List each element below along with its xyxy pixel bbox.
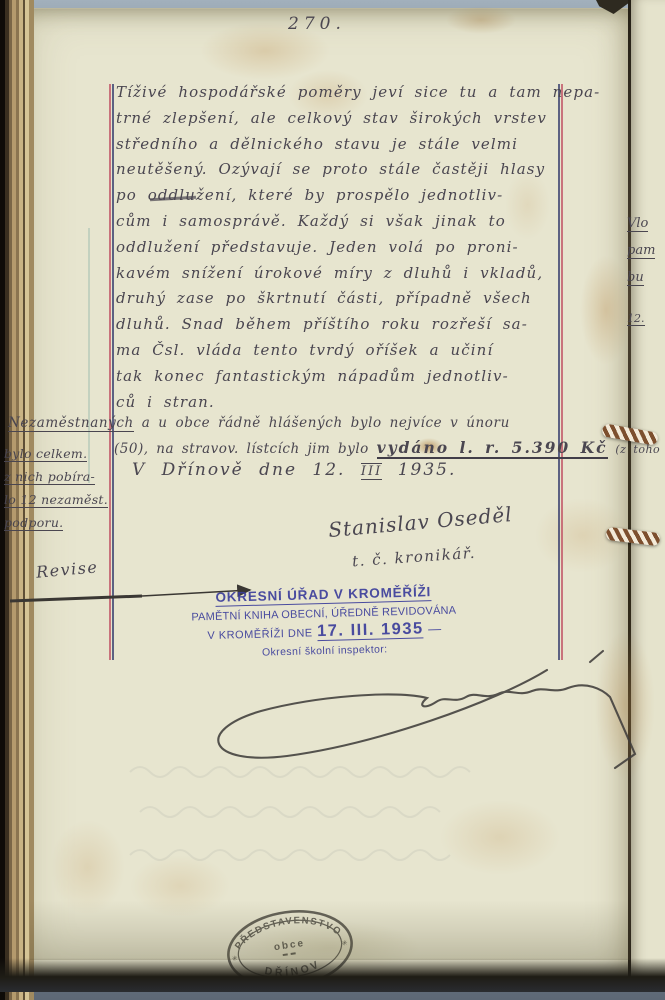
left-margin-note: bylo celkem. z nich pobíra- lo 12 nezamě… (4, 442, 114, 534)
text-line: cům i samosprávě. Každý si však jinak to (116, 209, 566, 235)
text-line: středního a dělnického stavu je stále ve… (116, 132, 566, 158)
text-fragment: (z toho stát. přísp.) (615, 443, 665, 456)
unemployment-line-2: (50), na stravov. lístcích jim bylo vydá… (114, 438, 665, 457)
chronicle-text: Tíživé hospodářské poměry jeví sice tu a… (116, 80, 566, 415)
text-line: kavém snížení úrokové míry z dluhů i vkl… (116, 261, 566, 287)
stamp-dash: — (428, 621, 441, 636)
text-line: trné zlepšení, ale celkový stav širokých… (116, 106, 566, 132)
dateline: V Dřínově dne 12. III 1935. (132, 460, 456, 480)
fragment-line: 12. (627, 305, 665, 332)
text-line: druhý zase po škrtnutí části, případně v… (116, 286, 566, 312)
date-text: V Dřínově dne 12. (132, 460, 345, 480)
text-line: Tíživé hospodářské poměry jeví sice tu a… (116, 80, 566, 106)
stamp-date: 17. III. 1935 (317, 619, 424, 641)
text-line: dluhů. Snad během příštího roku rozřeší … (116, 312, 566, 338)
margin-note-line: bylo celkem. (4, 442, 114, 465)
page-curl-shadow (30, 900, 630, 960)
margin-rule-left-red (109, 84, 111, 660)
fragment-line: pam (627, 237, 665, 264)
margin-note-line: lo 12 nezaměst. (4, 488, 114, 511)
bottom-shadow (0, 958, 665, 992)
unemployment-line-1: Nezaměstnaných a u obce řádně hlášených … (8, 415, 510, 431)
fragment-line: Vlo (627, 210, 665, 237)
text-line: ma Čsl. vláda tento tvrdý oříšek a učiní (116, 338, 566, 364)
text-fragment: (50), na stravov. lístcích jim bylo (114, 441, 377, 457)
page-number: 270. (288, 14, 346, 34)
show-through-writing (130, 760, 550, 910)
adjacent-page-text-fragments: Vlo pam bu 12. (627, 210, 665, 332)
text-line: oddlužení představuje. Jeden volá po pro… (116, 235, 566, 261)
stamp-office-name: OKRESNÍ ÚŘAD V KROMĚŘÍŽI (215, 584, 431, 607)
text-line: neutěšený. Ozývají se proto stále častěj… (116, 157, 566, 183)
stamp-place-label: V KROMĚŘÍŽI DNE (207, 627, 313, 642)
text-fragment: a u obce řádně hlášených bylo nejvíce v … (142, 415, 510, 431)
text-line: tak konec fantastickým nápadům jednotliv… (116, 364, 566, 390)
inspector-signature (165, 648, 645, 778)
scanned-chronicle-photo: 270. Tíživé hospodářské poměry jeví sice… (0, 0, 665, 1000)
underlined-word: Nezaměstnaných (8, 415, 134, 432)
date-year: 1935. (398, 460, 457, 480)
margin-rule-left-blue (112, 84, 114, 660)
text-line: ců i stran. (116, 390, 566, 416)
underlined-amount: vydáno l. r. 5.390 Kč (377, 438, 608, 459)
margin-note-line: z nich pobíra- (4, 465, 114, 488)
fragment-line: bu (627, 264, 665, 291)
margin-note-line: podporu. (4, 511, 114, 534)
date-roman-numeral: III (361, 463, 382, 480)
adjacent-page-sliver (631, 0, 665, 988)
